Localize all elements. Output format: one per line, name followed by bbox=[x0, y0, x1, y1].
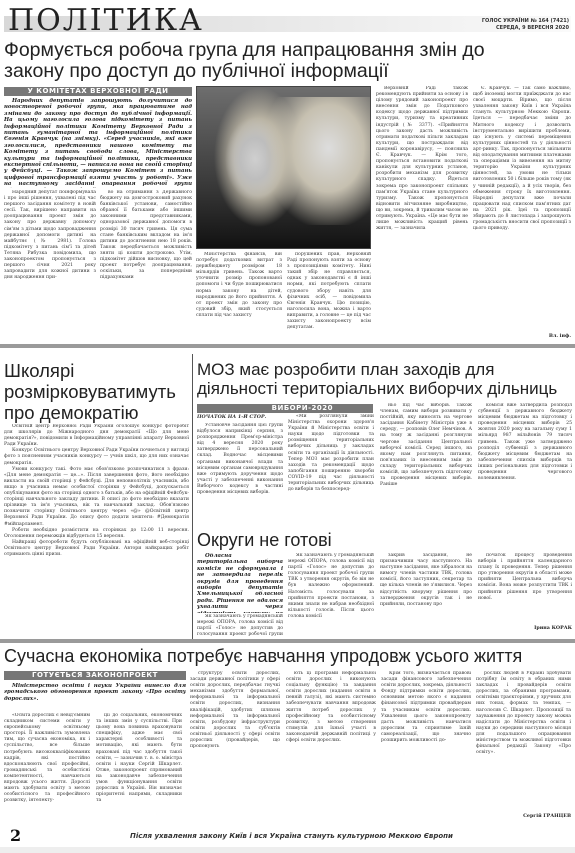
article-column: порушених прав, Верховній Раді пропонуют… bbox=[287, 252, 371, 340]
page-number: 2 bbox=[10, 826, 21, 845]
article-column: структуру освіти дорослих, засади держав… bbox=[190, 671, 280, 823]
bottom-strip bbox=[0, 847, 575, 853]
photo-hair bbox=[266, 97, 370, 226]
article-lead-working-group: Народних депутатів запрошують долучитися… bbox=[4, 98, 192, 188]
article-lead-lifelong-learning: Міністерство освіти і науки України вине… bbox=[4, 683, 186, 707]
article-body-schoolchildren: Освітній центр Верховної Ради України ог… bbox=[4, 424, 189, 638]
continued-from-page-1: ПОЧАТОК НА 1-Й СТОР. bbox=[197, 414, 283, 422]
rubric-committees: У КОМІТЕТАХ ВЕРХОВНОЇ РАДИ bbox=[4, 87, 192, 97]
article-headline-working-group: Формується робоча група для напрацювання… bbox=[4, 40, 524, 82]
article-headline-moz: МОЗ має розробити план заходів для діяль… bbox=[197, 360, 572, 398]
article-column: Верховній Раді також рекомендують прийня… bbox=[376, 86, 468, 340]
article-column: Народний депутат поінформувала і про інш… bbox=[4, 190, 96, 340]
section-title: ПОЛІТИКА bbox=[8, 4, 204, 38]
issue-info: ГОЛОС УКРАЇНИ № 164 (7421) СЕРЕДА, 9 ВЕР… bbox=[482, 18, 569, 31]
article-column: Є. Кравчук. — Так само важливо, щоб іноз… bbox=[473, 86, 571, 332]
column-rule bbox=[192, 354, 193, 639]
article-column: ньо під час виборів. Також членам, самим… bbox=[380, 403, 472, 523]
article-signature: Сергій ГРАНЦЕВ bbox=[476, 813, 571, 821]
article-column: Установче засідання цієї групи відбулося… bbox=[197, 423, 283, 523]
article-headline-lifelong-learning: Сучасна економіка потребує навчання упро… bbox=[4, 646, 574, 666]
footer-slogan: Після ухвалення закону Київ і вся Україн… bbox=[130, 832, 453, 840]
article-column: «Ми розглянули зміни Міністерства охорон… bbox=[288, 414, 374, 524]
section-divider bbox=[0, 639, 575, 643]
article-column: ють ці програми неформальної освіти доро… bbox=[286, 671, 376, 823]
newspaper-page: ПОЛІТИКА ГОЛОС УКРАЇНИ № 164 (7421) СЕРЕ… bbox=[0, 0, 575, 853]
article-lead-districts: Обласна територіальна виборча комісія не… bbox=[197, 553, 283, 613]
issue-date: СЕРЕДА, 9 ВЕРЕСНЯ 2020 bbox=[482, 25, 569, 32]
article-column: комісія вже затвердила розподіл субвенці… bbox=[478, 403, 572, 513]
article-column: Міністерства фінансів, він потребує дода… bbox=[196, 252, 282, 340]
article-column: ції до соціальних, економічних та інших … bbox=[96, 713, 182, 823]
photo-portrait bbox=[196, 86, 371, 249]
article-column: Як зазначають у громадянській мережі ОПО… bbox=[197, 614, 283, 636]
article-column: «Освіта дорослих є невід'ємним складнико… bbox=[4, 713, 90, 823]
article-headline-schoolchildren: Школярі розмірковуватимуть про демократі… bbox=[4, 360, 189, 423]
rubric-draft-law: ГОТУЄТЬСЯ ЗАКОНОПРОЕКТ bbox=[4, 671, 186, 680]
article-column: початок процесу проведення виборів і при… bbox=[478, 553, 572, 623]
article-column: рослих людей в Україні здобувати потрібн… bbox=[476, 671, 571, 811]
newspaper-issue: ГОЛОС УКРАЇНИ № 164 (7421) bbox=[482, 18, 569, 25]
article-signature: Вл. інф. bbox=[473, 333, 571, 341]
article-column: во на отримання з Державного бюджету на … bbox=[100, 190, 192, 340]
article-headline-districts: Округи не готові bbox=[197, 530, 377, 550]
masthead: ПОЛІТИКА ГОЛОС УКРАЇНИ № 164 (7421) СЕРЕ… bbox=[4, 6, 571, 36]
article-column: Як зазначають у громадянській мережі ОПО… bbox=[288, 553, 374, 637]
rubric-elections: ВИБОРИ-2020 bbox=[197, 404, 373, 413]
article-column: закрив засідання, не призначивши часу на… bbox=[380, 553, 472, 637]
article-column: Крім того, визначається правові засади ф… bbox=[381, 671, 471, 823]
article-signature: Ірина КОРАК bbox=[478, 625, 572, 633]
section-divider bbox=[0, 344, 575, 348]
